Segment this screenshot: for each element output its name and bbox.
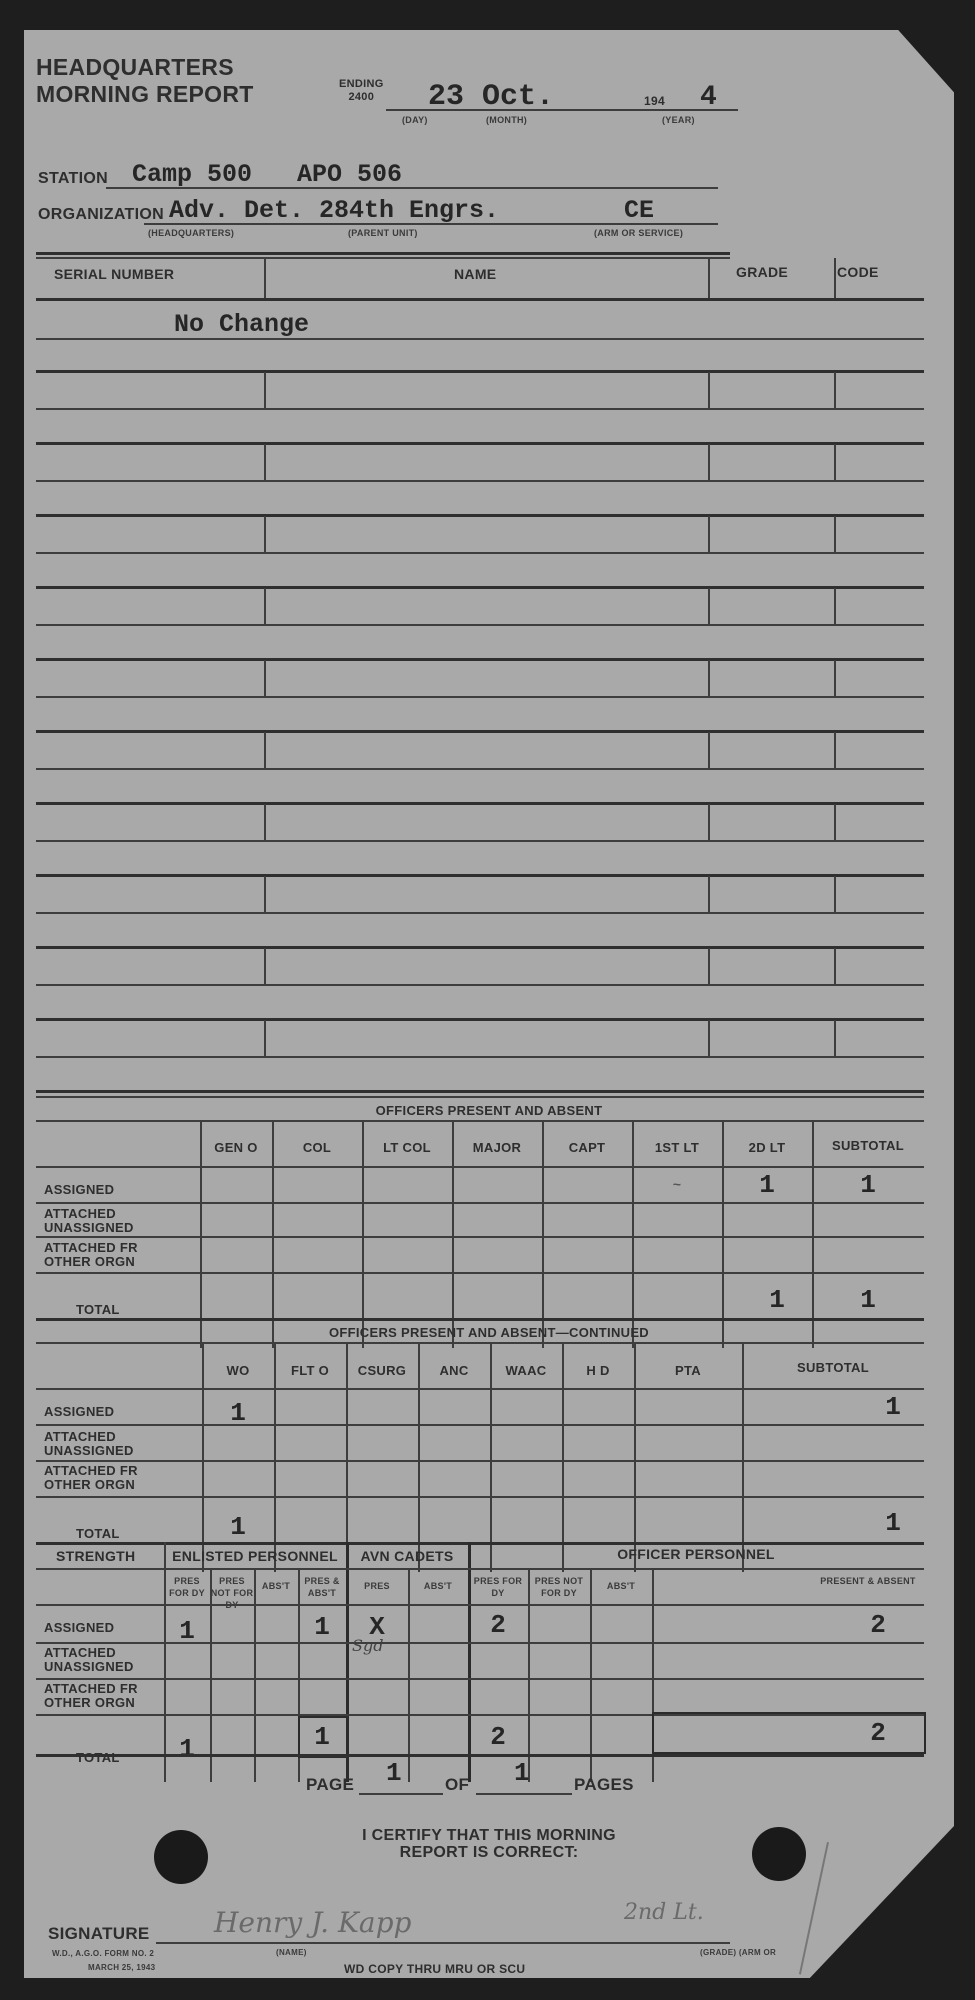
title-headquarters: HEADQUARTERS bbox=[36, 54, 254, 81]
officers-subtotal-total: 1 bbox=[812, 1285, 924, 1315]
year-prefix: 194 bbox=[644, 94, 665, 108]
title-morning-report: MORNING REPORT bbox=[36, 81, 254, 108]
report-year: 4 bbox=[700, 82, 717, 113]
report-date: 23 Oct. bbox=[428, 80, 554, 114]
pages-label: PAGES bbox=[574, 1775, 634, 1795]
page-label: PAGE bbox=[306, 1775, 354, 1795]
wo-total: 1 bbox=[202, 1512, 274, 1542]
enlisted-pres-abs-assigned: 1 bbox=[298, 1612, 346, 1642]
punch-hole-right bbox=[752, 1827, 806, 1881]
officer-present-absent-assigned: 2 bbox=[652, 1610, 924, 1640]
officers-1stlt-assigned: ~ bbox=[632, 1178, 722, 1194]
morning-report-form: HEADQUARTERS MORNING REPORT ENDING 2400 … bbox=[24, 30, 954, 1978]
officers-title: OFFICERS PRESENT AND ABSENT bbox=[24, 1103, 954, 1118]
arm-service-value: CE bbox=[624, 196, 654, 225]
organization-label: ORGANIZATION bbox=[38, 206, 164, 224]
cadets-initials: Sgd bbox=[352, 1636, 383, 1655]
form-number: W.D., A.G.O. FORM NO. 2 bbox=[52, 1949, 154, 1958]
punch-hole-left bbox=[154, 1830, 208, 1884]
enlisted-pres-for-duty-total: 1 bbox=[164, 1734, 210, 1764]
form-title: HEADQUARTERS MORNING REPORT bbox=[36, 54, 254, 108]
officer-pres-for-duty-assigned: 2 bbox=[468, 1610, 528, 1640]
signature-value: Henry J. Kapp bbox=[214, 1906, 411, 1939]
station-label: STATION bbox=[38, 170, 108, 188]
routing-note: WD COPY THRU MRU OR SCU bbox=[344, 1962, 525, 1976]
station-value: Camp 500 APO 506 bbox=[132, 160, 402, 189]
col-code: CODE bbox=[837, 264, 879, 280]
roster-entry: No Change bbox=[174, 310, 309, 339]
grade-value: 2nd Lt. bbox=[624, 1900, 704, 1925]
organization-value: Adv. Det. 284th Engrs. bbox=[169, 196, 499, 225]
page-number: 1 bbox=[386, 1758, 402, 1788]
col-name: NAME bbox=[454, 266, 496, 282]
col-serial-number: SERIAL NUMBER bbox=[54, 266, 174, 282]
continued-subtotal-total: 1 bbox=[742, 1508, 924, 1538]
continued-subtotal-assigned: 1 bbox=[742, 1392, 924, 1422]
signature-label: SIGNATURE bbox=[48, 1924, 150, 1944]
officers-2dlt-assigned: 1 bbox=[722, 1170, 812, 1200]
col-grade: GRADE bbox=[736, 264, 788, 280]
officer-present-absent-total: 2 bbox=[652, 1718, 924, 1748]
form-date: MARCH 25, 1943 bbox=[88, 1963, 155, 1972]
officers-subtotal-assigned: 1 bbox=[812, 1170, 924, 1200]
ending-label: ENDING 2400 bbox=[339, 78, 384, 104]
officers-2dlt-total: 1 bbox=[732, 1285, 822, 1315]
page-total: 1 bbox=[514, 1758, 530, 1788]
officers-continued-title: OFFICERS PRESENT AND ABSENT—CONTINUED bbox=[24, 1325, 954, 1340]
of-label: OF bbox=[445, 1775, 469, 1795]
enlisted-pres-abs-total: 1 bbox=[298, 1722, 346, 1752]
officer-pres-for-duty-total: 2 bbox=[468, 1722, 528, 1752]
